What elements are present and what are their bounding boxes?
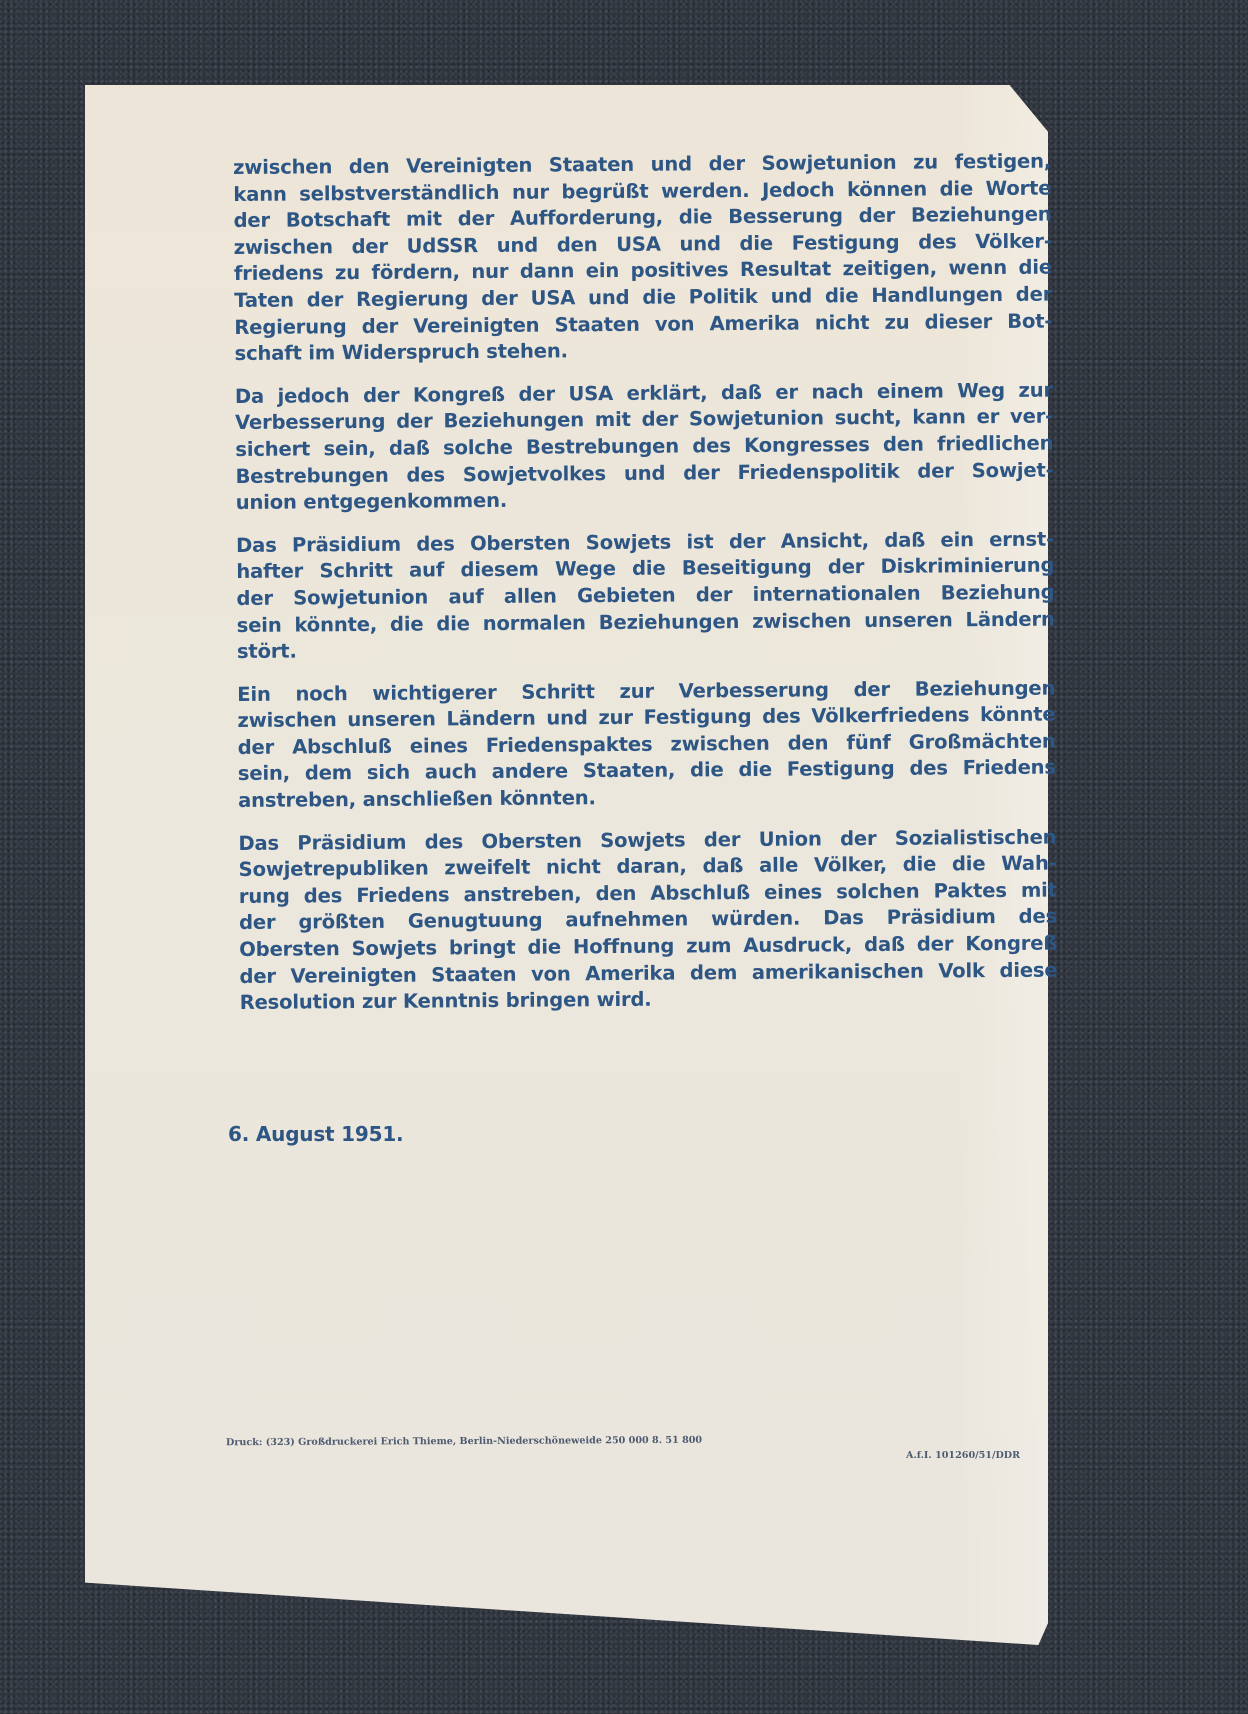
paragraph: Da jedoch der Kongreß der USA erklärt, d…	[235, 377, 1054, 516]
document-body: zwischen den Vereinigten Staaten und der…	[233, 149, 1058, 1033]
license-number: A.f.I. 101260/51/DDR	[906, 1450, 1020, 1461]
paragraph: Ein noch wichtigerer Schritt zur Verbess…	[237, 675, 1056, 814]
paragraph: Das Präsidium des Obersten Sowjets der U…	[238, 824, 1057, 1017]
paragraph: zwischen den Vereinigten Staaten und der…	[233, 149, 1053, 368]
text-line: union entgegenkommen.	[236, 484, 1054, 517]
paragraph: Das Präsidium des Obersten Sowjets ist d…	[236, 526, 1055, 665]
text-line: Resolution zur Kenntnis bringen wird.	[240, 984, 1058, 1017]
text-line: schaft im Widerspruch stehen.	[234, 335, 1052, 368]
document-date: 6. August 1951.	[228, 1122, 403, 1146]
text-line: anstreben, anschließen könnten.	[238, 782, 1056, 815]
